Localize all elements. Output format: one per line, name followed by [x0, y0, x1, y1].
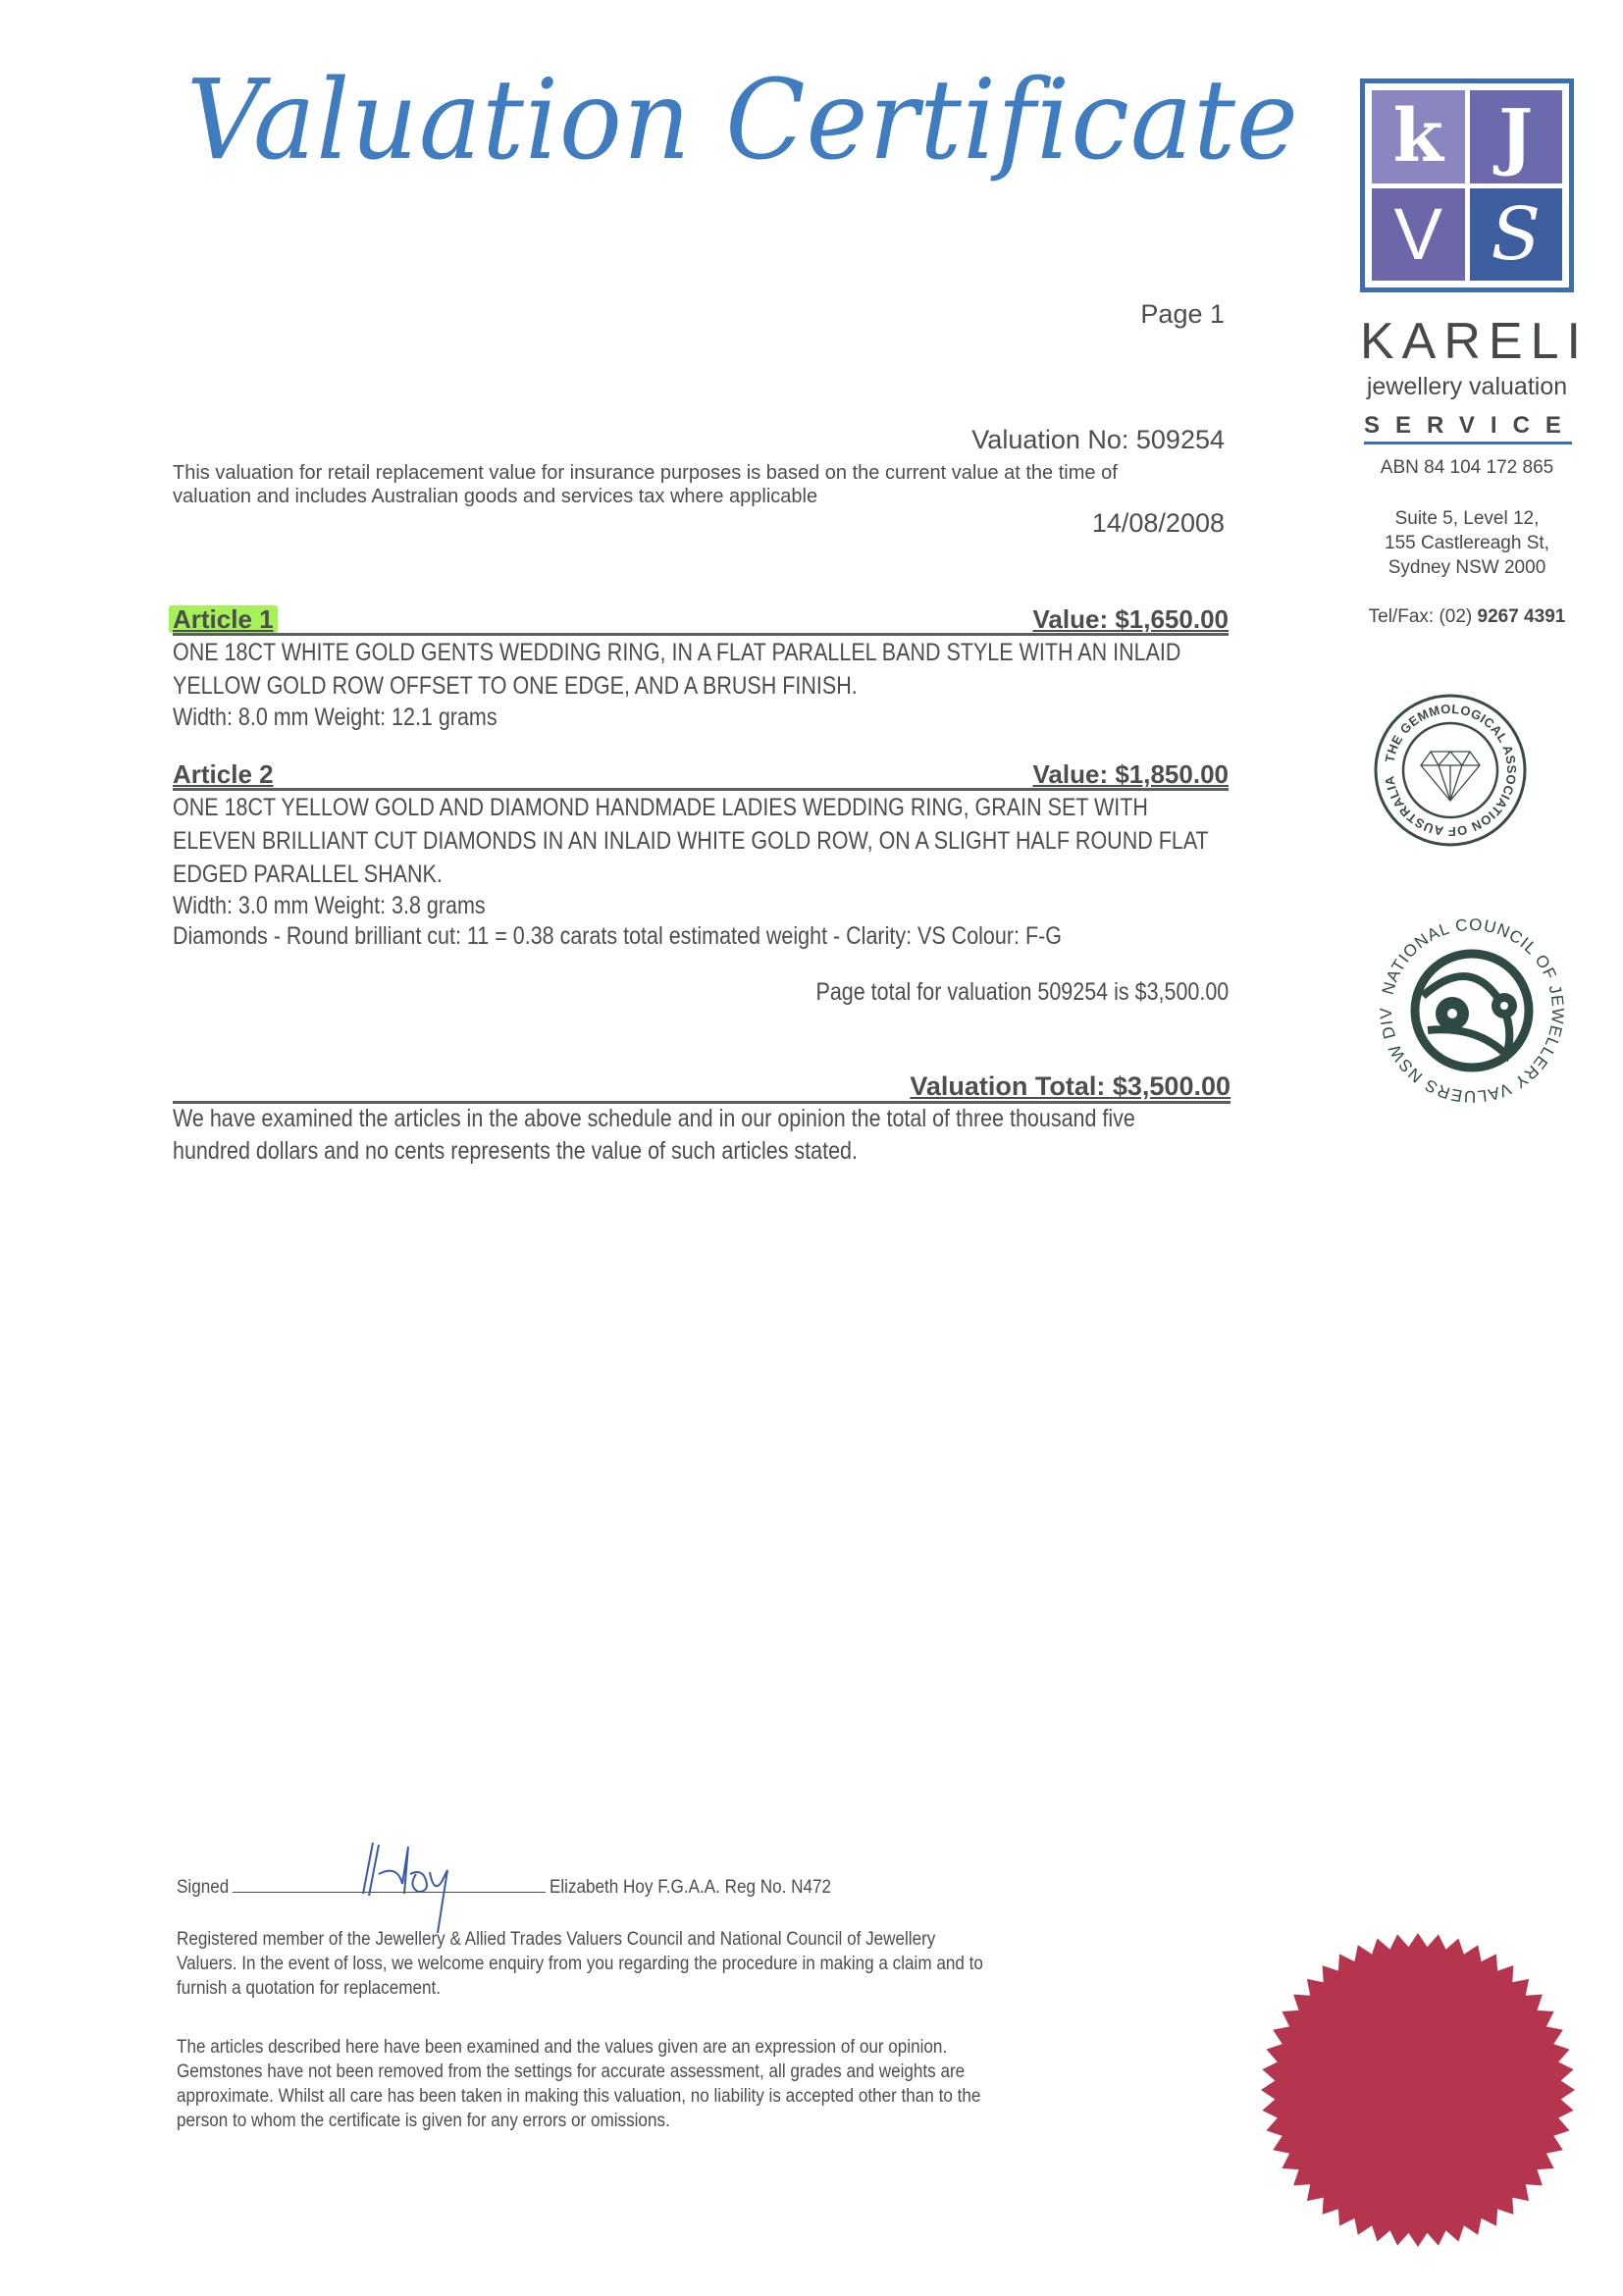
- article-details: Width: 3.0 mm Weight: 3.8 grams: [173, 891, 1226, 921]
- address-line: Sydney NSW 2000: [1360, 555, 1574, 580]
- article-2: Article 2 Value: $1,850.00 ONE 18CT YELL…: [173, 760, 1229, 952]
- signature-row: SignedElizabeth Hoy F.G.A.A. Reg No. N47…: [177, 1877, 831, 1899]
- logo-letter-k: k: [1372, 90, 1465, 183]
- address-line: Suite 5, Level 12,: [1360, 506, 1574, 531]
- tel-label: Tel/Fax: (02): [1369, 606, 1473, 627]
- article-header: Article 1 Value: $1,650.00: [173, 605, 1229, 636]
- tel-number: 9267 4391: [1478, 606, 1566, 627]
- address-line: 155 Castlereagh St,: [1360, 531, 1574, 555]
- telephone: Tel/Fax: (02) 9267 4391: [1360, 606, 1574, 628]
- logo-letter-v: V: [1372, 188, 1465, 282]
- article-value: Value: $1,650.00: [1033, 605, 1229, 633]
- disclaimer: The articles described here have been ex…: [177, 2035, 989, 2133]
- registered-member-note: Registered member of the Jewellery & All…: [177, 1927, 989, 2001]
- brand-service: SERVICE: [1364, 412, 1572, 444]
- intro-statement: This valuation for retail replacement va…: [173, 461, 1134, 508]
- kjvs-logo: k J V S: [1360, 78, 1574, 292]
- brand-name: KARELI: [1360, 312, 1574, 371]
- article-value: Value: $1,850.00: [1033, 760, 1229, 788]
- article-description: ONE 18CT WHITE GOLD GENTS WEDDING RING, …: [173, 636, 1226, 703]
- abn-number: ABN 84 104 172 865: [1360, 457, 1574, 479]
- svg-text:NATIONAL COUNCIL OF JEWELLERY: NATIONAL COUNCIL OF JEWELLERY VALUERS NS…: [1377, 915, 1567, 1106]
- page-total: Page total for valuation 509254 is $3,50…: [815, 978, 1229, 1007]
- article-diamond-details: Diamonds - Round brilliant cut: 11 = 0.3…: [173, 921, 1226, 952]
- article-description: ONE 18CT YELLOW GOLD AND DIAMOND HANDMAD…: [173, 791, 1226, 891]
- brand-subtitle: jewellery valuation: [1360, 373, 1574, 401]
- company-address: Suite 5, Level 12, 155 Castlereagh St, S…: [1360, 506, 1574, 580]
- article-1: Article 1 Value: $1,650.00 ONE 18CT WHIT…: [173, 605, 1229, 733]
- valuation-number: Valuation No: 509254: [971, 425, 1225, 455]
- valuation-total-text: Valuation Total: $3,500.00: [910, 1071, 1230, 1101]
- signer-name: Elizabeth Hoy F.G.A.A. Reg No. N472: [550, 1877, 831, 1898]
- red-wax-seal-icon: [1251, 1923, 1585, 2257]
- article-label: Article 2: [173, 760, 274, 788]
- article-label: Article 1: [169, 605, 278, 633]
- national-council-jewellery-valuers-seal-icon: NATIONAL COUNCIL OF JEWELLERY VALUERS NS…: [1369, 908, 1575, 1114]
- certificate-title: Valuation Certificate: [186, 57, 1299, 184]
- page-number: Page 1: [1140, 299, 1225, 330]
- logo-letter-s: S: [1470, 188, 1563, 282]
- valuation-total: Valuation Total: $3,500.00: [173, 1071, 1230, 1104]
- gemmological-association-seal-icon: THE GEMMOLOGICAL ASSOCIATION OF AUSTRALI…: [1372, 687, 1529, 854]
- opinion-statement: We have examined the articles in the abo…: [173, 1103, 1211, 1168]
- article-header: Article 2 Value: $1,850.00: [173, 760, 1229, 791]
- valuation-date: 14/08/2008: [1092, 508, 1225, 539]
- article-details: Width: 8.0 mm Weight: 12.1 grams: [173, 703, 1226, 733]
- signed-label: Signed: [177, 1877, 229, 1898]
- logo-letter-j: J: [1470, 90, 1563, 183]
